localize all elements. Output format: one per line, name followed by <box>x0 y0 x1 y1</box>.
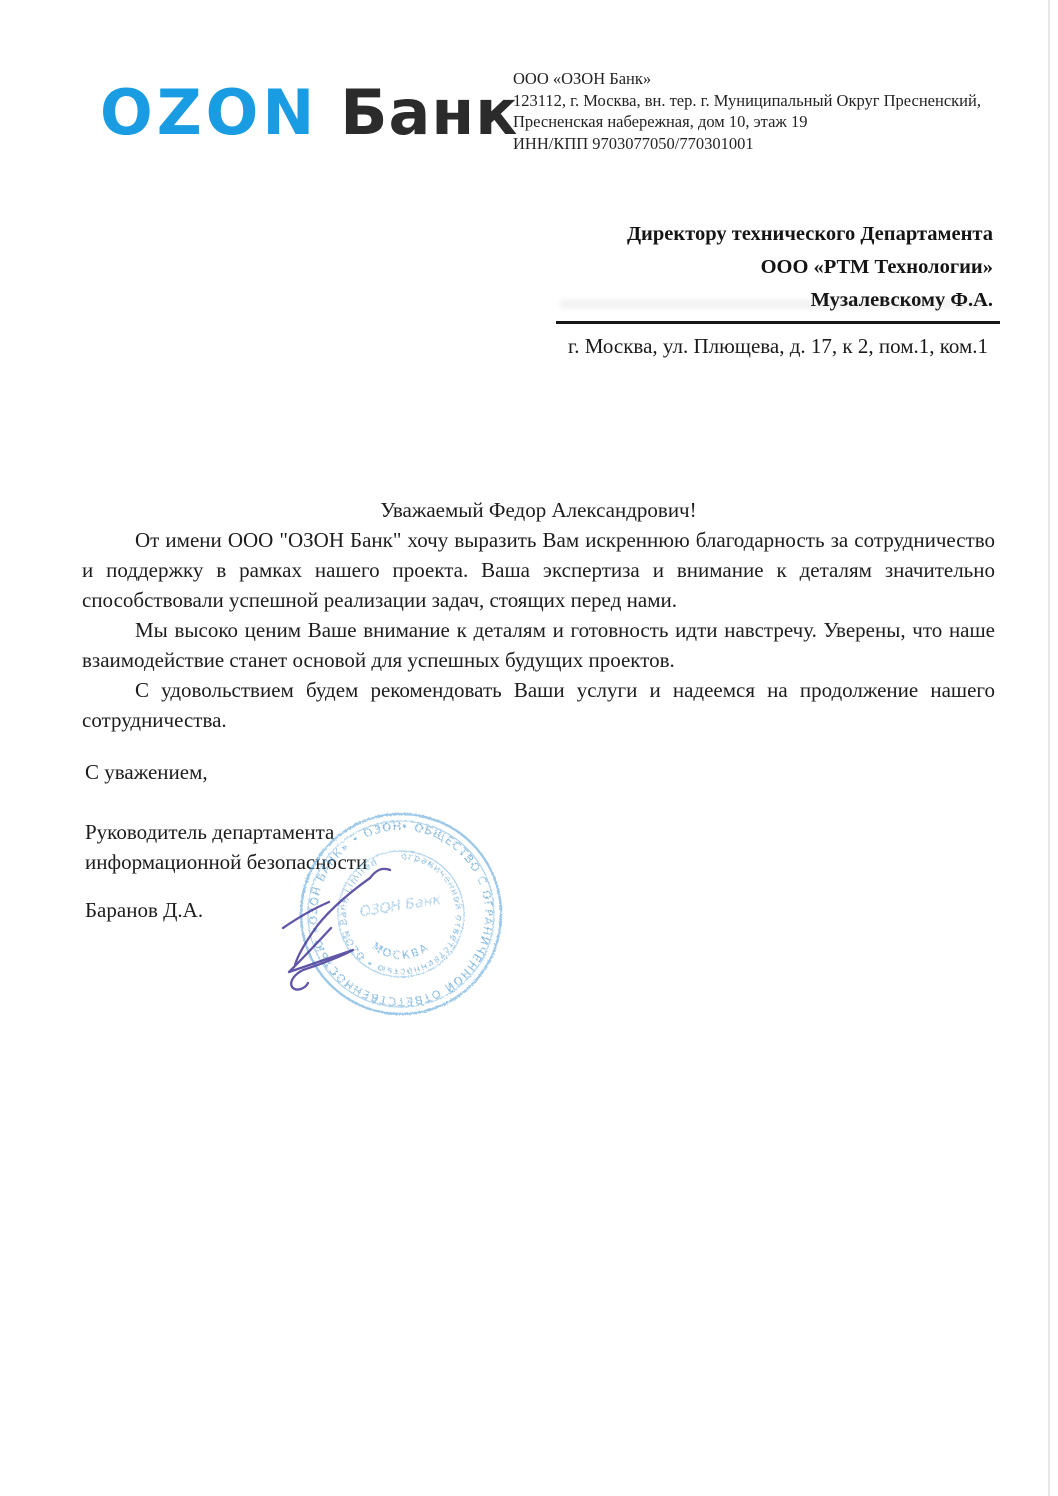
recipient-address: г. Москва, ул. Плющева, д. 17, к 2, пом.… <box>552 333 1004 360</box>
sender-address-line2: Пресненская набережная, дом 10, этаж 19 <box>513 111 993 133</box>
logo-bank-text: Банк <box>340 76 518 149</box>
body-paragraph-1: От имени ООО "ОЗОН Банк" хочу выразить В… <box>82 525 995 615</box>
sender-info-block: ООО «ОЗОН Банк» 123112, г. Москва, вн. т… <box>513 68 993 154</box>
letterhead-logo: OZONБанк <box>100 82 518 144</box>
sender-address-line1: 123112, г. Москва, вн. тер. г. Муниципал… <box>513 90 993 112</box>
address-divider-line <box>556 321 1000 324</box>
recipient-position: Директору технического Департамента <box>460 218 993 251</box>
closing-regards: С уважением, <box>85 760 208 785</box>
letter-body: Уважаемый Федор Александрович! От имени … <box>82 495 995 735</box>
stamp-center-text: ОЗОН Банк <box>359 892 443 921</box>
salutation: Уважаемый Федор Александрович! <box>82 495 995 525</box>
scan-smudge <box>560 299 980 309</box>
body-paragraph-3: С удовольствием будем рекомендовать Ваши… <box>82 675 995 735</box>
signer-name: Баранов Д.А. <box>85 898 203 923</box>
sender-company-name: ООО «ОЗОН Банк» <box>513 68 993 90</box>
scan-edge-artifact <box>1048 0 1050 1496</box>
sender-inn-kpp: ИНН/КПП 9703077050/770301001 <box>513 133 993 155</box>
recipient-company: ООО «РТМ Технологии» <box>460 251 993 284</box>
body-paragraph-2: Мы высоко ценим Ваше внимание к деталям … <box>82 615 995 675</box>
logo-ozon-text: OZON <box>100 76 318 149</box>
stamp-moscow-text: МОСКВА <box>370 940 433 962</box>
company-stamp: • ОБЩЕСТВО С ОГРАНИЧЕННОЙ ОТВЕТСТВЕННОСТ… <box>281 798 525 1032</box>
